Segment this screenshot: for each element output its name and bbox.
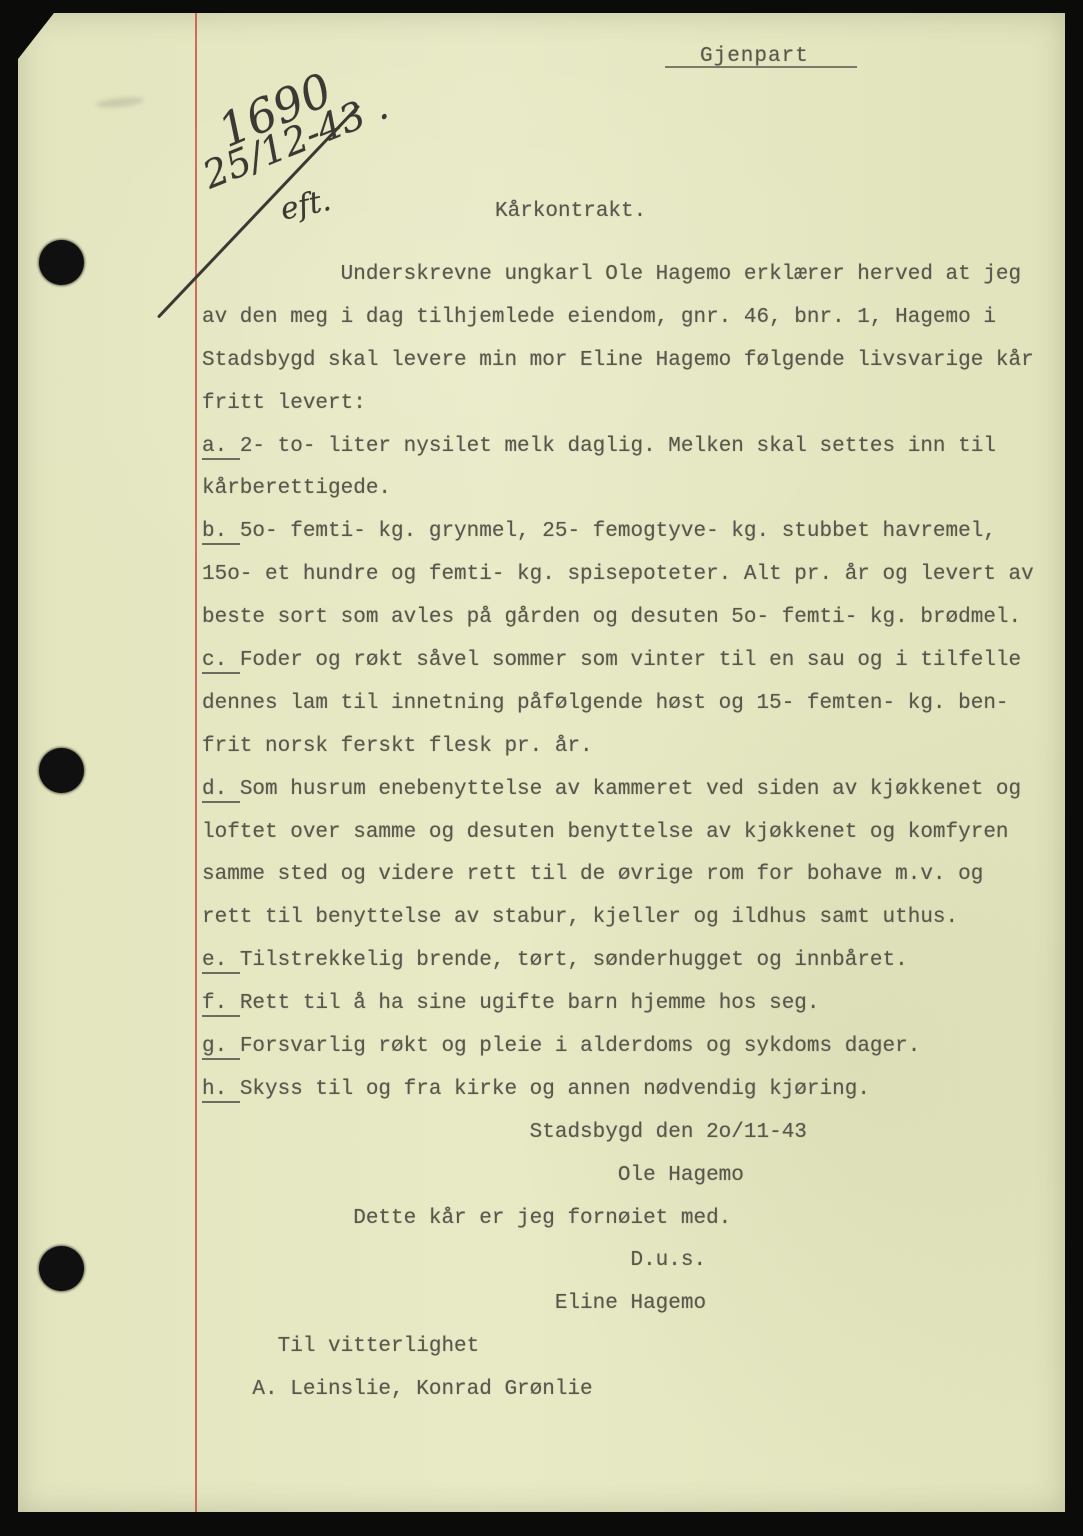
document-line: frit norsk ferskt flesk pr. år.	[202, 726, 1074, 769]
document-line: samme sted og videre rett til de øvrige …	[202, 854, 1074, 897]
document-title: Kårkontrakt.	[495, 200, 646, 223]
hole-punch-bottom	[39, 1246, 84, 1291]
document-line: av den meg i dag tilhjemlede eiendom, gn…	[202, 297, 1074, 340]
list-item-marker: h.	[202, 1078, 240, 1103]
document-line: a. 2- to- liter nysilet melk daglig. Mel…	[202, 426, 1074, 469]
document-line: f. Rett til å ha sine ugifte barn hjemme…	[202, 983, 1074, 1026]
document-line: d. Som husrum enebenyttelse av kammeret …	[202, 769, 1074, 812]
list-item-marker: a.	[202, 435, 240, 460]
list-item-marker: d.	[202, 778, 240, 803]
pencil-smudge	[96, 96, 145, 110]
document-line: Stadsbygd den 2o/11-43	[202, 1112, 1074, 1155]
list-item-marker: e.	[202, 949, 240, 974]
hole-punch-middle	[39, 748, 84, 793]
copy-label-underline	[665, 66, 857, 68]
document-line: Dette kår er jeg fornøiet med.	[202, 1198, 1074, 1241]
document-line: dennes lam til innetning påfølgende høst…	[202, 683, 1074, 726]
handwritten-initials: eft.	[277, 183, 334, 228]
document-line: Eline Hagemo	[202, 1283, 1074, 1326]
document-line: fritt levert:	[202, 383, 1074, 426]
paper-sheet: Gjenpart 1690 25/12-43 . eft. Kårkontrak…	[18, 13, 1065, 1512]
margin-line	[195, 13, 197, 1512]
list-item-marker: c.	[202, 649, 240, 674]
hole-punch-top	[39, 240, 84, 285]
document-line: e. Tilstrekkelig brende, tørt, sønderhug…	[202, 940, 1074, 983]
document-line: rett til benyttelse av stabur, kjeller o…	[202, 897, 1074, 940]
document-line: 15o- et hundre og femti- kg. spisepotete…	[202, 554, 1074, 597]
copy-label: Gjenpart	[700, 45, 809, 68]
document-line: Stadsbygd skal levere min mor Eline Hage…	[202, 340, 1074, 383]
document-line: Ole Hagemo	[202, 1155, 1074, 1198]
list-item-marker: g.	[202, 1035, 240, 1060]
document-line: Underskrevne ungkarl Ole Hagemo erklærer…	[202, 254, 1074, 297]
document-line: A. Leinslie, Konrad Grønlie	[202, 1369, 1074, 1412]
document-line: h. Skyss til og fra kirke og annen nødve…	[202, 1069, 1074, 1112]
list-item-marker: f.	[202, 992, 240, 1017]
document-line: D.u.s.	[202, 1240, 1074, 1283]
document-body: Underskrevne ungkarl Ole Hagemo erklærer…	[202, 254, 1074, 1412]
document-line: kårberettigede.	[202, 468, 1074, 511]
document-line: b. 5o- femti- kg. grynmel, 25- femogtyve…	[202, 511, 1074, 554]
list-item-marker: b.	[202, 520, 240, 545]
document-line: beste sort som avles på gården og desute…	[202, 597, 1074, 640]
document-line: loftet over samme og desuten benyttelse …	[202, 812, 1074, 855]
document-line: g. Forsvarlig røkt og pleie i alderdoms …	[202, 1026, 1074, 1069]
scanned-page: Gjenpart 1690 25/12-43 . eft. Kårkontrak…	[0, 0, 1083, 1536]
document-line: Til vitterlighet	[202, 1326, 1074, 1369]
document-line: c. Foder og røkt såvel sommer som vinter…	[202, 640, 1074, 683]
